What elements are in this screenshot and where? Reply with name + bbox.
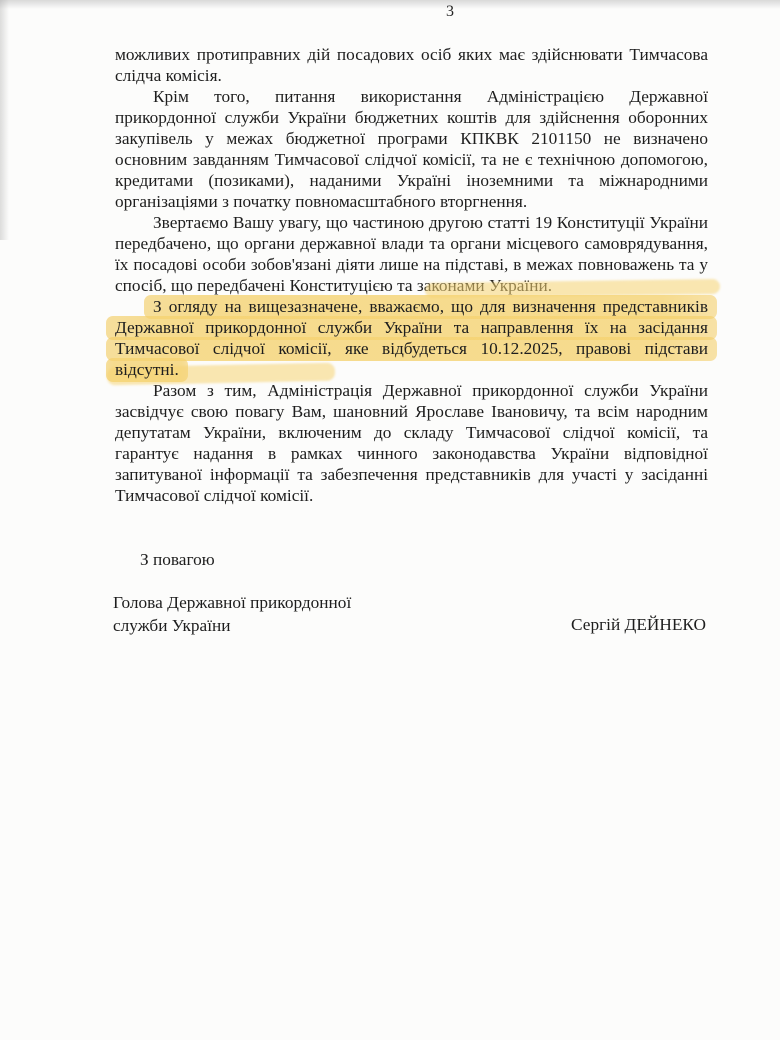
scan-edge-shadow-left: [0, 0, 9, 240]
paragraph-constitution-article-19: Звертаємо Вашу увагу, що частиною другою…: [115, 212, 708, 296]
closing-salutation: З повагою: [140, 550, 215, 570]
page-number: 3: [436, 3, 464, 21]
paragraph-continuation: можливих протиправних дій посадових осіб…: [115, 44, 708, 86]
highlighted-paragraph-no-legal-grounds: З огляду на вищезазначене, вважаємо, що …: [115, 296, 708, 380]
signer-title-line2: служби України: [113, 615, 351, 638]
paragraph-budget-funds: Крім того, питання використання Адмініст…: [115, 86, 708, 212]
signer-title: Голова Державної прикордонної служби Укр…: [113, 592, 351, 637]
paragraph-respect-and-guarantee: Разом з тим, Адміністрація Державної при…: [115, 380, 708, 506]
marker-highlight: З огляду на вищезазначене, вважаємо, що …: [106, 295, 717, 382]
signer-name: Сергій ДЕЙНЕКО: [571, 615, 706, 635]
signer-title-line1: Голова Державної прикордонної: [113, 592, 351, 615]
scan-edge-shadow-top: [0, 0, 780, 9]
scanned-letter-page: 3 можливих протиправних дій посадових ос…: [0, 0, 780, 1040]
letter-body: можливих протиправних дій посадових осіб…: [115, 44, 708, 506]
